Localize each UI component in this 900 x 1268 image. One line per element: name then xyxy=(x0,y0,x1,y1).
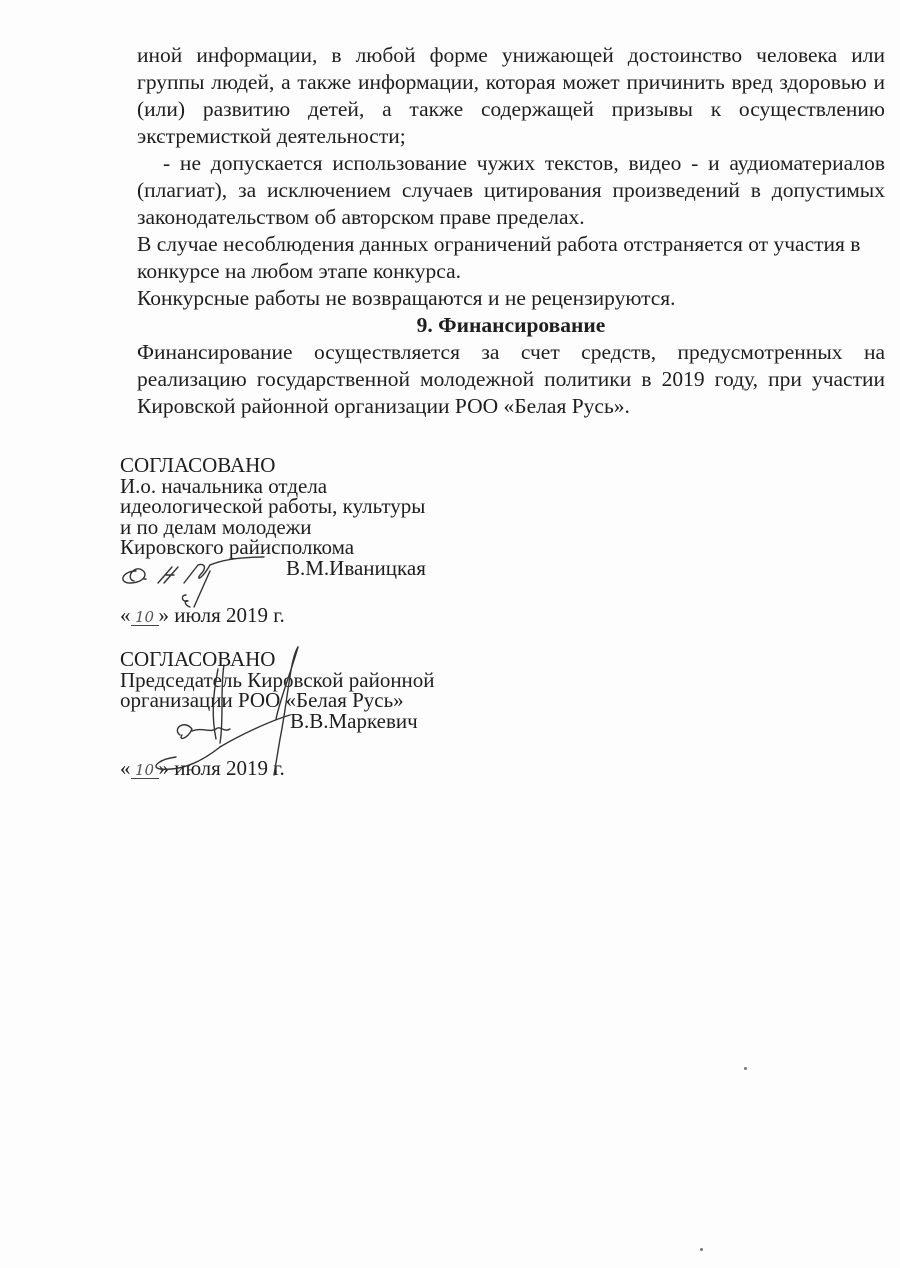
date-open-quote: « xyxy=(120,603,131,627)
approval-date: «10» июля 2019 г. xyxy=(120,605,426,626)
handwritten-day: 10 xyxy=(131,609,159,626)
paragraph-no-return-rule: Конкурсные работы не возвращаются и не р… xyxy=(137,285,885,312)
scan-speck xyxy=(700,1248,703,1251)
approval-stamp: СОГЛАСОВАНО xyxy=(120,455,426,476)
paragraph-plagiarism-rule: - не допускается использование чужих тек… xyxy=(137,150,885,231)
paragraph-financing: Финансирование осуществляется за счет ср… xyxy=(137,339,885,420)
section-heading-financing: 9. Финансирование xyxy=(137,312,885,339)
scan-speck xyxy=(744,1067,747,1070)
document-body: иной информации, в любой форме унижающей… xyxy=(137,42,885,420)
approval-title-line: и по делам молодежи xyxy=(120,517,426,538)
signatory-name: В.М.Иваницкая xyxy=(120,558,426,579)
paragraph-disqualification-rule: В случае несоблюдения данных ограничений… xyxy=(137,231,885,285)
paragraph-restrictions-continuation: иной информации, в любой форме унижающей… xyxy=(137,42,885,150)
approval-title-line: И.о. начальника отдела xyxy=(120,476,426,497)
handwritten-day: 10 xyxy=(131,762,159,779)
approval-title-line: идеологической работы, культуры xyxy=(120,496,426,517)
approval-title-line: организации РОО «Белая Русь» xyxy=(120,690,435,711)
date-month-year: » июля 2019 г. xyxy=(159,756,285,780)
signatory-name: В.В.Маркевич xyxy=(120,711,435,732)
document-page: иной информации, в любой форме унижающей… xyxy=(0,0,900,1268)
approval-title-line: Председатель Кировской районной xyxy=(120,670,435,691)
scan-speck xyxy=(160,138,162,140)
approval-block-belaya-rus: СОГЛАСОВАНО Председатель Кировской район… xyxy=(120,649,435,779)
approval-title-line: Кировского райисполкома xyxy=(120,537,426,558)
approval-stamp: СОГЛАСОВАНО xyxy=(120,649,435,670)
date-month-year: » июля 2019 г. xyxy=(159,603,285,627)
date-open-quote: « xyxy=(120,756,131,780)
approval-block-ideology-dept: СОГЛАСОВАНО И.о. начальника отдела идеол… xyxy=(120,455,426,626)
approval-date: «10» июля 2019 г. xyxy=(120,758,435,779)
